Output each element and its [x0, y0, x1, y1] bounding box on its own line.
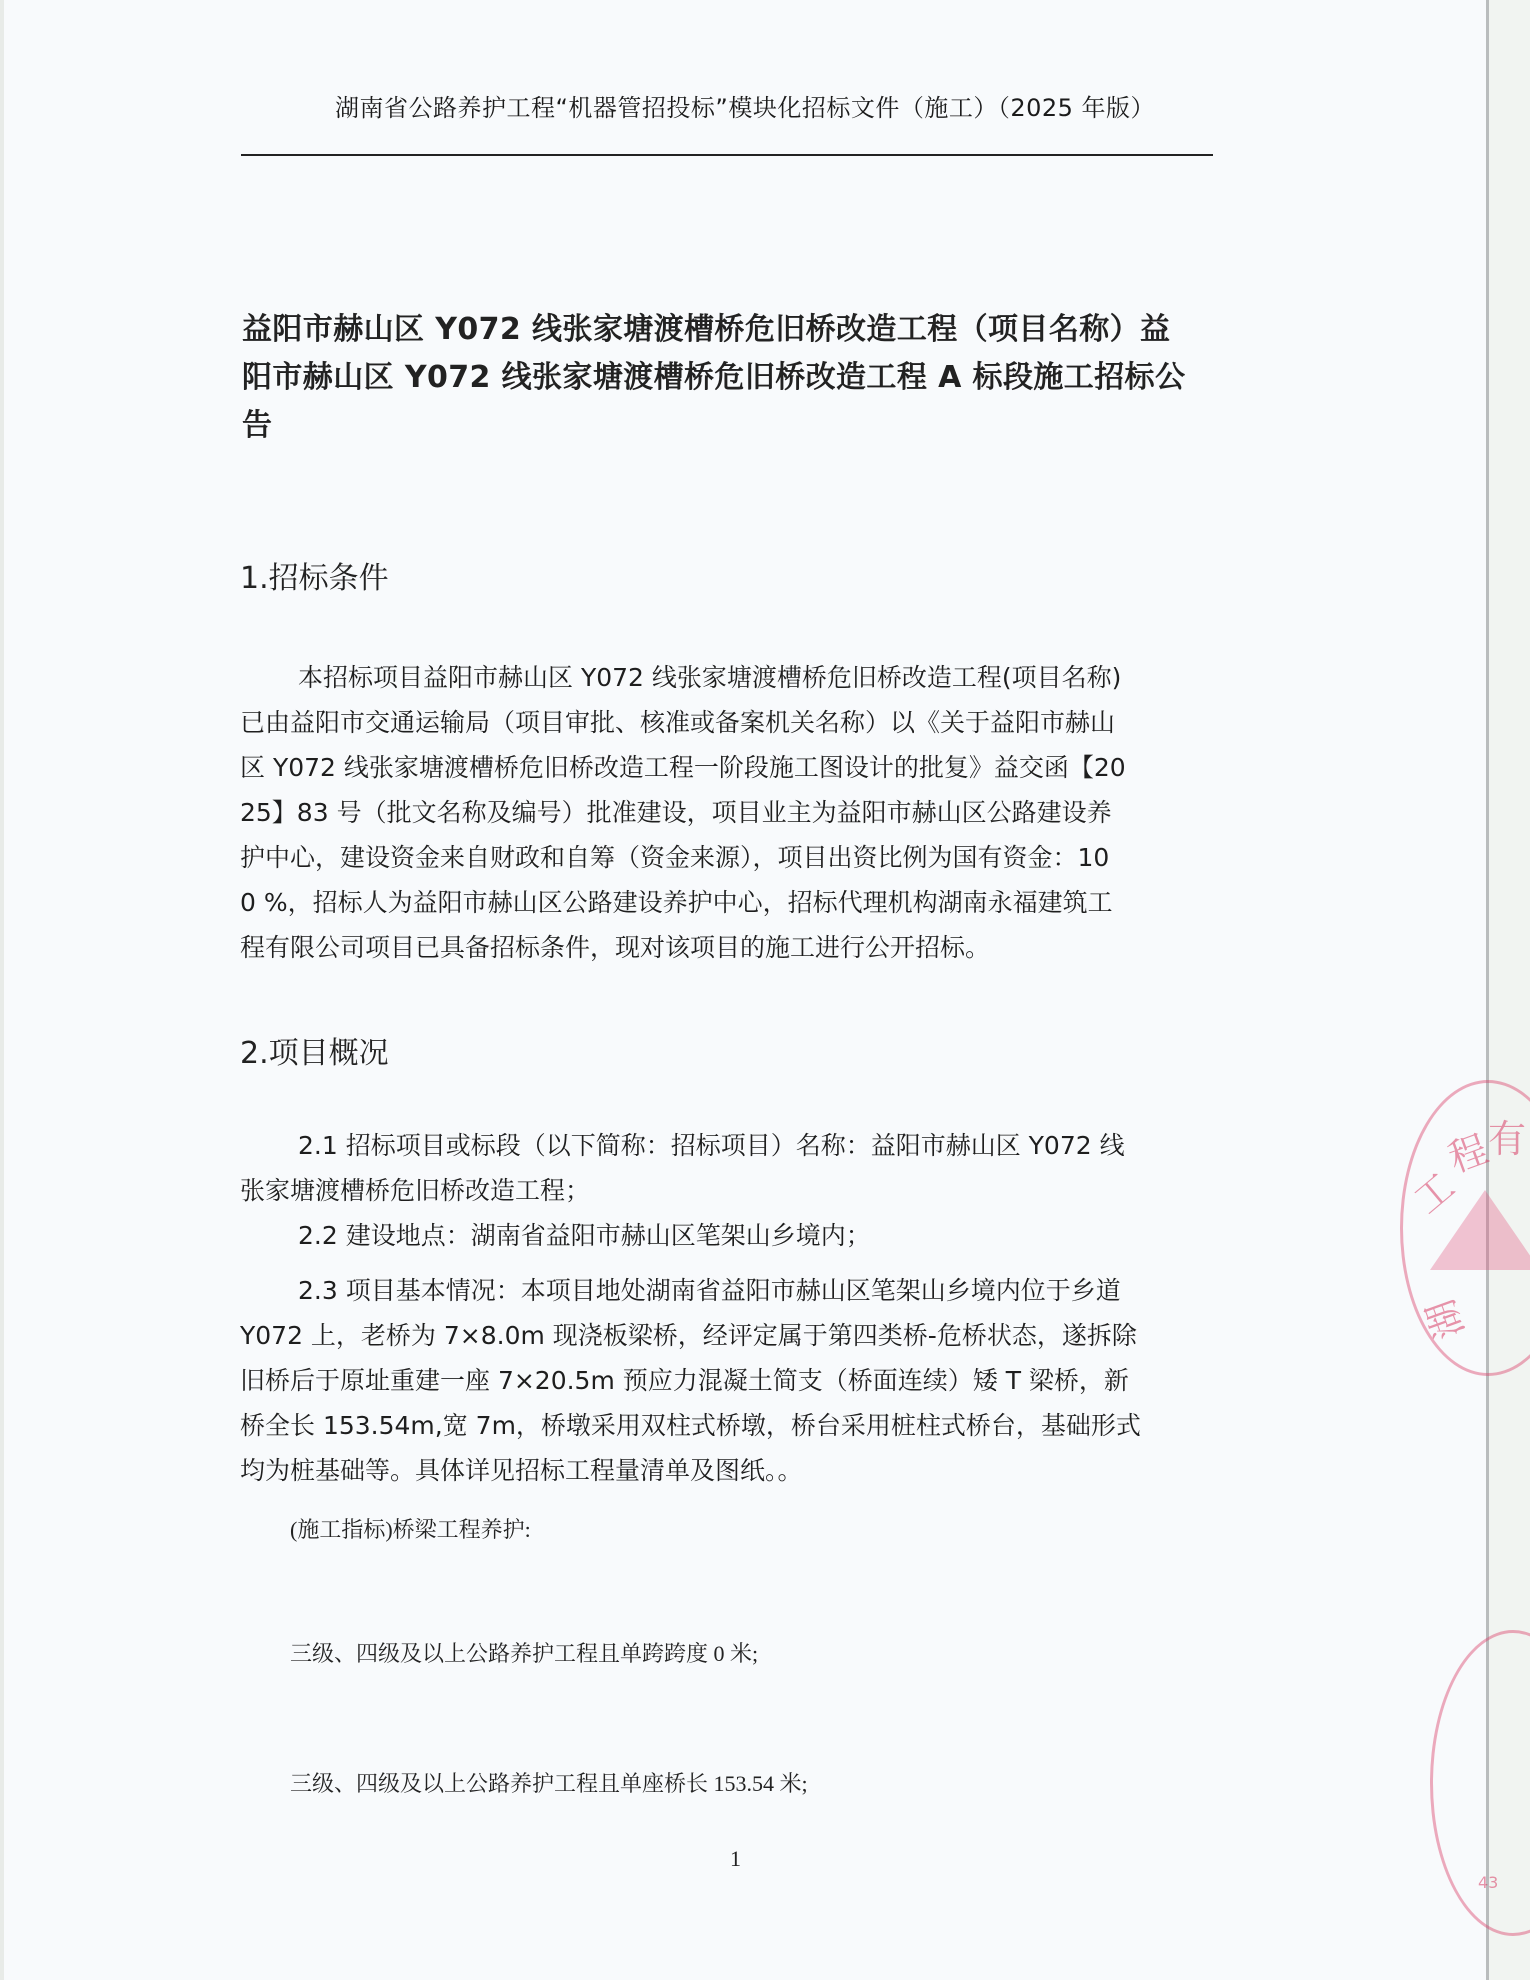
document-title: 益阳市赫山区 Y072 线张家塘渡槽桥危旧桥改造工程（项目名称）益 阳市赫山区 … — [242, 306, 1242, 450]
title-line-1: 益阳市赫山区 Y072 线张家塘渡槽桥危旧桥改造工程（项目名称）益 — [242, 306, 1242, 354]
construction-index-label: (施工指标)桥梁工程养护: — [290, 1513, 531, 1544]
seal-char: 程 — [1440, 1118, 1495, 1183]
paragraph-line: 2.3 项目基本情况：本项目地处湖南省益阳市赫山区笔架山乡境内位于乡道 — [240, 1268, 1240, 1313]
header-rule — [241, 154, 1213, 156]
document-page — [0, 0, 1486, 1980]
section-heading-bidding-conditions: 1.招标条件 — [240, 553, 389, 597]
paragraph-line: 2.2 建设地点：湖南省益阳市赫山区笔架山乡境内； — [240, 1213, 1240, 1258]
item-2-1: 2.1 招标项目或标段（以下简称：招标项目）名称：益阳市赫山区 Y072 线 张… — [240, 1123, 1240, 1213]
title-line-2: 阳市赫山区 Y072 线张家塘渡槽桥危旧桥改造工程 A 标段施工招标公 — [242, 354, 1242, 402]
bidding-conditions-paragraph: 本招标项目益阳市赫山区 Y072 线张家塘渡槽桥危旧桥改造工程(项目名称) 已由… — [240, 655, 1240, 970]
paragraph-line: 程有限公司项目已具备招标条件，现对该项目的施工进行公开招标。 — [240, 925, 1240, 970]
paragraph-line: 旧桥后于原址重建一座 7×20.5m 预应力混凝土简支（桥面连续）矮 T 梁桥，… — [240, 1358, 1240, 1403]
scan-left-edge — [0, 0, 4, 1980]
item-2-3: 2.3 项目基本情况：本项目地处湖南省益阳市赫山区笔架山乡境内位于乡道 Y072… — [240, 1268, 1240, 1493]
paragraph-line: 均为桩基础等。具体详见招标工程量清单及图纸。。 — [240, 1448, 1240, 1493]
seal-char: 湖 — [1410, 1293, 1475, 1348]
paragraph-line: 护中心，建设资金来自财政和自筹（资金来源），项目出资比例为国有资金：10 — [240, 835, 1240, 880]
paragraph-line: 2.1 招标项目或标段（以下简称：招标项目）名称：益阳市赫山区 Y072 线 — [240, 1123, 1240, 1168]
requirement-span: 三级、四级及以上公路养护工程且单跨跨度 0 米; — [290, 1637, 758, 1668]
paragraph-line: 本招标项目益阳市赫山区 Y072 线张家塘渡槽桥危旧桥改造工程(项目名称) — [240, 655, 1240, 700]
paragraph-line: 张家塘渡槽桥危旧桥改造工程； — [240, 1168, 1240, 1213]
seal-number: 43 — [1478, 1873, 1498, 1892]
running-header: 湖南省公路养护工程“机器管招投标”模块化招标文件（施工）（2025 年版） — [240, 88, 1250, 123]
seal-star-icon — [1430, 1190, 1530, 1270]
title-line-3: 告 — [242, 402, 1242, 450]
paragraph-line: 已由益阳市交通运输局（项目审批、核准或备案机关名称）以《关于益阳市赫山 — [240, 700, 1240, 745]
paragraph-line: 区 Y072 线张家塘渡槽桥危旧桥改造工程一阶段施工图设计的批复》益交函【20 — [240, 745, 1240, 790]
seal-char: 有 — [1488, 1108, 1526, 1163]
item-2-2: 2.2 建设地点：湖南省益阳市赫山区笔架山乡境内； — [240, 1213, 1240, 1258]
requirement-bridge-length: 三级、四级及以上公路养护工程且单座桥长 153.54 米; — [290, 1767, 808, 1798]
page-number: 1 — [730, 1846, 741, 1872]
paragraph-line: Y072 上，老桥为 7×8.0m 现浇板梁桥，经评定属于第四类桥-危桥状态，遂… — [240, 1313, 1240, 1358]
section-heading-project-overview: 2.项目概况 — [240, 1028, 389, 1072]
paragraph-line: 0 %，招标人为益阳市赫山区公路建设养护中心，招标代理机构湖南永福建筑工 — [240, 880, 1240, 925]
paragraph-line: 25】83 号（批文名称及编号）批准建设，项目业主为益阳市赫山区公路建设养 — [240, 790, 1240, 835]
paragraph-line: 桥全长 153.54m,宽 7m，桥墩采用双柱式桥墩，桥台采用桩柱式桥台，基础形… — [240, 1403, 1240, 1448]
